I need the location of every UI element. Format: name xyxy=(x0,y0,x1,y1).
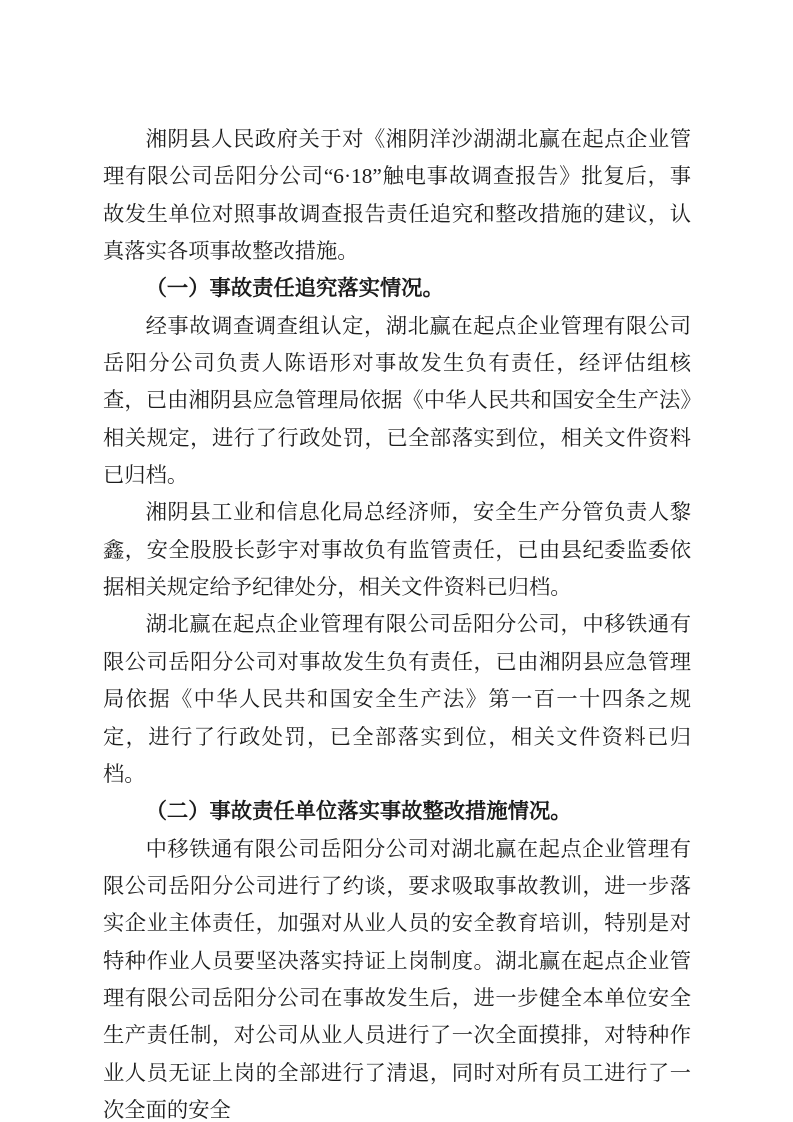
document-body: 湘阴县人民政府关于对《湘阴洋沙湖湖北赢在起点企业管理有限公司岳阳分公司“6·18… xyxy=(103,121,691,1122)
paragraph-supervision-responsibility: 湘阴县工业和信息化局总经济师，安全生产分管负责人黎鑫，安全股股长彭宇对事故负有监… xyxy=(103,494,691,606)
section-heading-2: （二）事故责任单位落实事故整改措施情况。 xyxy=(103,793,691,830)
paragraph-responsibility-person: 经事故调查调查组认定，湖北赢在起点企业管理有限公司岳阳分公司负责人陈语形对事故发… xyxy=(103,308,691,495)
section-heading-1: （一）事故责任追究落实情况。 xyxy=(103,270,691,307)
document-page: 湘阴县人民政府关于对《湘阴洋沙湖湖北赢在起点企业管理有限公司岳阳分公司“6·18… xyxy=(0,0,793,1122)
paragraph-company-responsibility: 湖北赢在起点企业管理有限公司岳阳分公司，中移铁通有限公司岳阳分公司对事故发生负有… xyxy=(103,606,691,793)
paragraph-intro: 湘阴县人民政府关于对《湘阴洋沙湖湖北赢在起点企业管理有限公司岳阳分公司“6·18… xyxy=(103,121,691,270)
paragraph-rectification-measures: 中移铁通有限公司岳阳分公司对湖北赢在起点企业管理有限公司岳阳分公司进行了约谈，要… xyxy=(103,831,691,1122)
